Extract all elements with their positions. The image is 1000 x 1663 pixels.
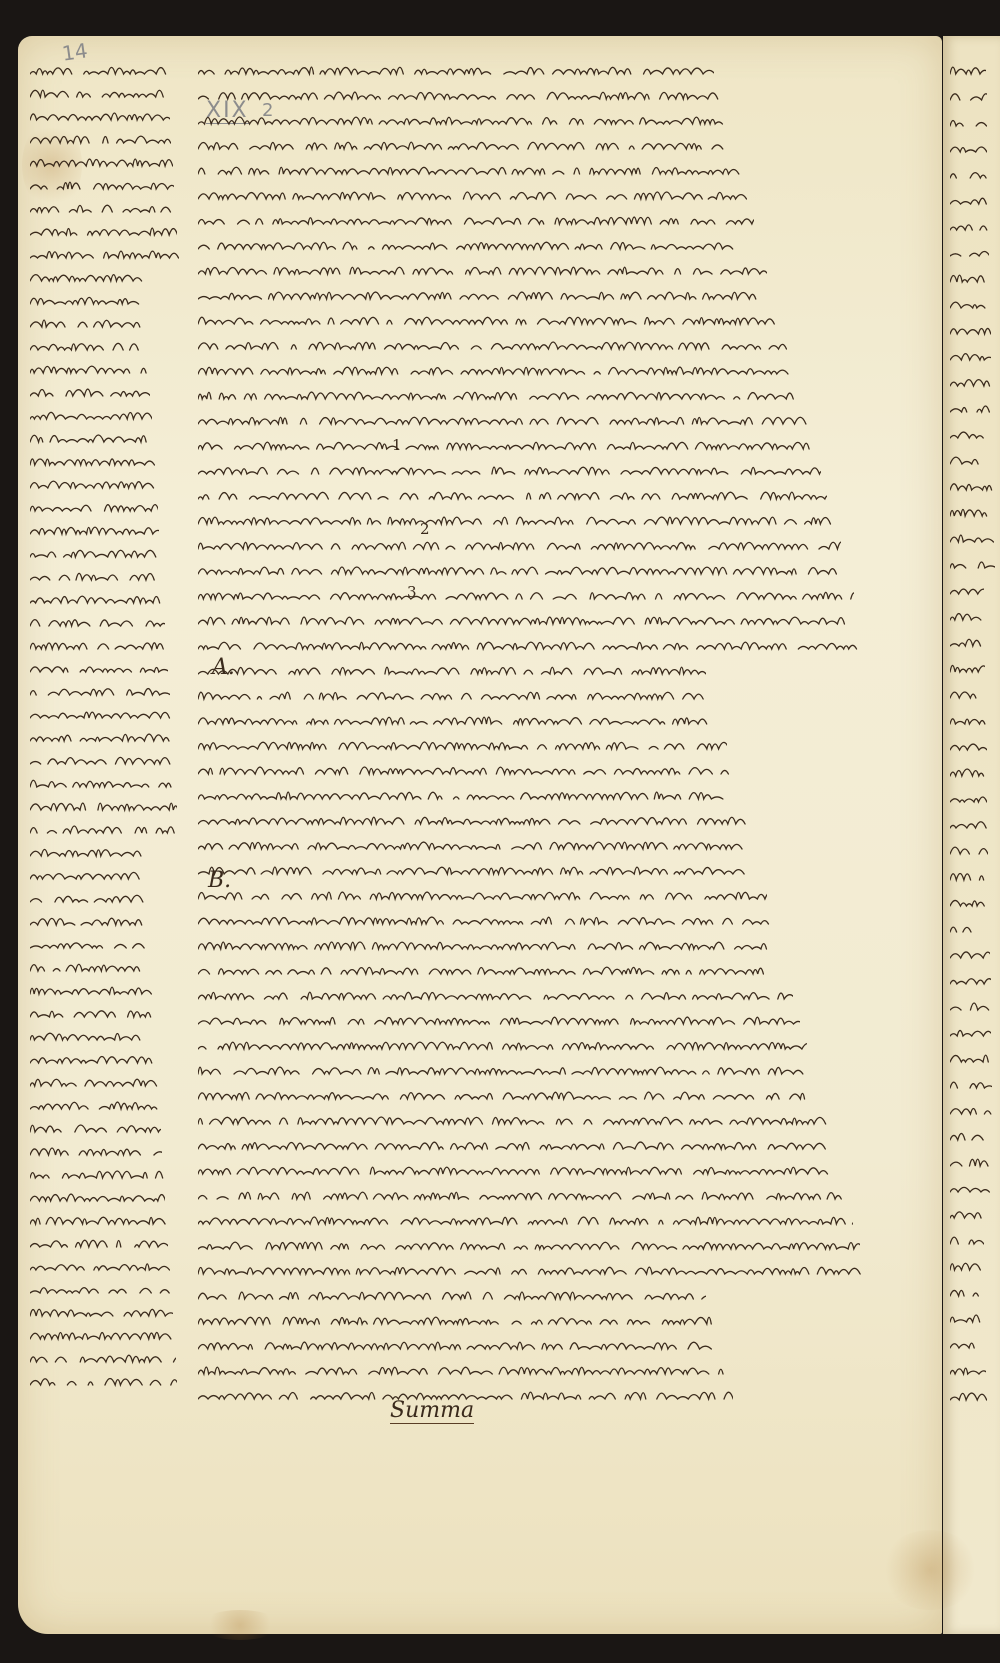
handwritten-line	[950, 1100, 993, 1126]
handwritten-line	[950, 528, 994, 554]
section-number-3: 3	[407, 583, 417, 601]
handwritten-line	[950, 918, 990, 944]
handwritten-line	[30, 957, 150, 980]
handwritten-line	[198, 1185, 847, 1210]
handwritten-line	[950, 1204, 995, 1230]
handwritten-line	[30, 681, 170, 704]
handwritten-line	[30, 290, 144, 313]
handwritten-line	[198, 1160, 840, 1185]
handwritten-line	[30, 773, 176, 796]
summa-heading: Summa	[390, 1398, 474, 1424]
handwritten-line	[198, 135, 734, 160]
main-text-column	[198, 60, 868, 1410]
handwritten-line	[30, 1095, 159, 1118]
handwritten-line	[30, 1348, 176, 1371]
handwritten-line	[198, 60, 714, 85]
handwritten-line	[30, 1302, 173, 1325]
handwritten-line	[950, 372, 992, 398]
handwritten-line	[30, 1325, 174, 1348]
handwritten-line	[950, 1308, 985, 1334]
handwritten-line	[198, 735, 727, 760]
handwritten-line	[30, 83, 168, 106]
handwritten-line	[950, 996, 991, 1022]
handwritten-line	[30, 1164, 164, 1187]
handwritten-line	[950, 60, 986, 86]
handwritten-line	[30, 612, 165, 635]
handwritten-line	[950, 970, 991, 996]
handwritten-line	[198, 160, 740, 185]
handwritten-line	[950, 554, 995, 580]
handwritten-line	[198, 1260, 867, 1285]
handwritten-line	[30, 888, 146, 911]
handwritten-line	[950, 268, 990, 294]
handwritten-line	[30, 727, 173, 750]
handwritten-line	[30, 267, 143, 290]
handwritten-line	[30, 152, 173, 175]
handwritten-line	[30, 750, 174, 773]
section-marker-b: B.	[208, 868, 231, 893]
section-marker-a: A.	[212, 655, 235, 680]
handwritten-line	[30, 658, 168, 681]
handwritten-line	[30, 566, 162, 589]
handwritten-line	[30, 520, 159, 543]
handwritten-line	[198, 635, 867, 660]
handwritten-line	[30, 313, 146, 336]
handwritten-line	[950, 1074, 992, 1100]
handwritten-line	[198, 910, 773, 935]
handwritten-line	[198, 1360, 726, 1385]
handwritten-line	[30, 1210, 167, 1233]
handwritten-line	[30, 1072, 158, 1095]
handwritten-line	[950, 1152, 994, 1178]
handwritten-line	[30, 1371, 177, 1394]
handwritten-line	[950, 606, 984, 632]
handwritten-line	[198, 235, 760, 260]
handwritten-line	[198, 760, 733, 785]
handwritten-line	[198, 385, 801, 410]
handwritten-line	[950, 658, 985, 684]
handwritten-line	[198, 85, 720, 110]
handwritten-line	[30, 796, 177, 819]
handwritten-line	[30, 1256, 170, 1279]
handwritten-line	[950, 450, 993, 476]
handwritten-line	[950, 502, 994, 528]
handwritten-line	[950, 892, 989, 918]
handwritten-line	[950, 424, 992, 450]
handwritten-line	[30, 428, 153, 451]
handwritten-line	[950, 1048, 992, 1074]
paper-stain	[200, 1610, 280, 1640]
handwritten-line	[198, 885, 767, 910]
handwritten-line	[30, 911, 147, 934]
adjacent-leaf-text	[950, 60, 995, 1412]
handwritten-line	[950, 788, 987, 814]
handwritten-line	[950, 866, 989, 892]
handwritten-line	[198, 460, 821, 485]
handwritten-line	[950, 736, 987, 762]
handwritten-line	[198, 610, 861, 635]
handwritten-line	[30, 842, 143, 865]
handwritten-line	[198, 860, 760, 885]
handwritten-line	[198, 1210, 853, 1235]
handwritten-line	[198, 985, 793, 1010]
handwritten-line	[30, 1141, 162, 1164]
handwritten-line	[950, 1230, 984, 1256]
handwritten-line	[30, 1118, 161, 1141]
handwritten-line	[950, 1256, 984, 1282]
handwritten-line	[198, 1235, 860, 1260]
handwritten-line	[950, 1282, 985, 1308]
handwritten-line	[30, 635, 167, 658]
handwritten-line	[198, 960, 787, 985]
handwritten-line	[198, 785, 740, 810]
marginal-notes-column	[30, 60, 180, 1394]
handwritten-line	[30, 934, 149, 957]
handwritten-line	[950, 294, 990, 320]
section-number-2: 2	[420, 520, 430, 538]
handwritten-line	[30, 405, 152, 428]
handwritten-line	[950, 762, 987, 788]
handwritten-line	[198, 710, 720, 735]
handwritten-line	[198, 935, 780, 960]
handwritten-line	[198, 335, 787, 360]
handwritten-line	[198, 510, 834, 535]
handwritten-line	[950, 1022, 991, 1048]
handwritten-line	[198, 685, 713, 710]
handwritten-line	[30, 1233, 168, 1256]
handwritten-line	[198, 185, 747, 210]
handwritten-line	[198, 810, 747, 835]
handwritten-line	[950, 1178, 994, 1204]
handwritten-line	[198, 1335, 719, 1360]
handwritten-line	[950, 190, 988, 216]
handwritten-line	[950, 86, 987, 112]
handwritten-line	[198, 1135, 833, 1160]
handwritten-line	[30, 1026, 155, 1049]
handwritten-line	[198, 310, 780, 335]
handwritten-line	[30, 336, 147, 359]
handwritten-line	[198, 210, 754, 235]
handwritten-line	[950, 398, 992, 424]
handwritten-line	[198, 485, 827, 510]
handwritten-line	[30, 60, 167, 83]
handwritten-line	[30, 129, 171, 152]
handwritten-line	[950, 138, 987, 164]
section-number-1: 1	[392, 436, 402, 454]
handwritten-line	[198, 1010, 800, 1035]
handwritten-line	[950, 632, 985, 658]
handwritten-line	[30, 589, 164, 612]
handwritten-line	[198, 1310, 713, 1335]
handwritten-line	[198, 110, 727, 135]
handwritten-line	[30, 106, 170, 129]
handwritten-line	[30, 1003, 153, 1026]
handwritten-line	[30, 175, 174, 198]
handwritten-line	[30, 497, 158, 520]
handwritten-line	[198, 585, 854, 610]
handwritten-line	[30, 382, 150, 405]
handwritten-line	[198, 1060, 813, 1085]
handwritten-line	[198, 1035, 807, 1060]
handwritten-line	[950, 710, 986, 736]
handwritten-line	[950, 840, 988, 866]
handwritten-line	[198, 260, 767, 285]
handwritten-line	[950, 164, 988, 190]
handwritten-line	[30, 1279, 171, 1302]
handwritten-line	[950, 320, 991, 346]
paper-stain	[880, 1530, 980, 1610]
handwritten-line	[950, 242, 989, 268]
handwritten-line	[950, 580, 984, 606]
handwritten-line	[198, 535, 841, 560]
handwritten-line	[198, 1085, 820, 1110]
handwritten-line	[950, 1386, 987, 1412]
handwritten-line	[198, 410, 807, 435]
handwritten-line	[950, 814, 988, 840]
handwritten-line	[30, 704, 171, 727]
handwritten-line	[30, 819, 179, 842]
handwritten-line	[950, 216, 989, 242]
handwritten-line	[30, 865, 144, 888]
handwritten-line	[198, 560, 847, 585]
handwritten-line	[30, 1049, 156, 1072]
handwritten-line	[30, 244, 179, 267]
handwritten-line	[30, 1187, 165, 1210]
handwritten-line	[950, 476, 993, 502]
handwritten-line	[198, 835, 753, 860]
handwritten-line	[30, 543, 161, 566]
handwritten-line	[950, 1360, 986, 1386]
handwritten-line	[950, 1334, 986, 1360]
handwritten-line	[30, 359, 149, 382]
handwritten-line	[30, 221, 177, 244]
handwritten-line	[30, 198, 176, 221]
handwritten-line	[198, 660, 706, 685]
handwritten-line	[198, 360, 794, 385]
handwritten-line	[950, 112, 987, 138]
handwritten-line	[30, 474, 156, 497]
handwritten-line	[198, 1285, 706, 1310]
handwritten-line	[198, 435, 814, 460]
handwritten-line	[950, 1126, 993, 1152]
handwritten-line	[30, 451, 155, 474]
handwritten-line	[950, 684, 986, 710]
handwritten-line	[30, 980, 152, 1003]
handwritten-line	[950, 346, 991, 372]
handwritten-line	[198, 285, 774, 310]
handwritten-line	[950, 944, 990, 970]
handwritten-line	[198, 1110, 827, 1135]
